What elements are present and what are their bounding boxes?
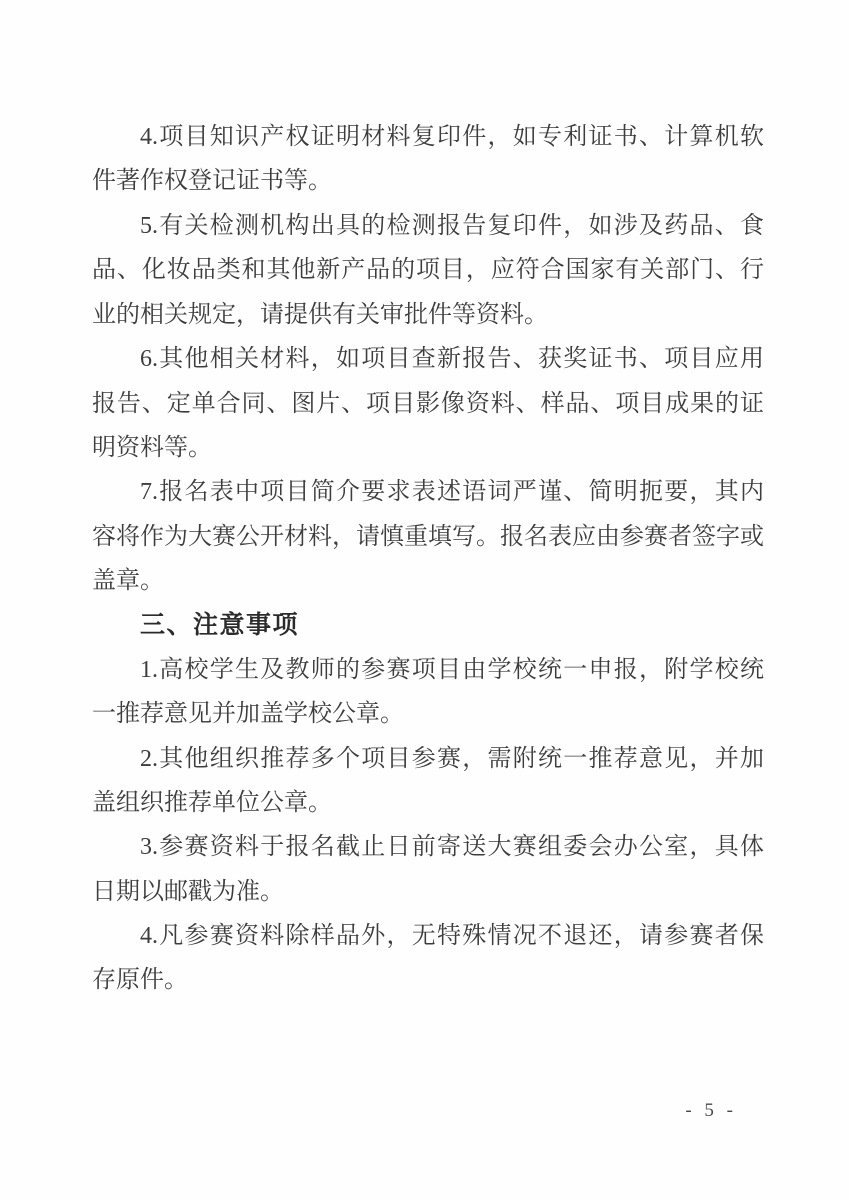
text-line: 品、化妆品类和其他新产品的项目，应符合国家有关部门、行 (92, 248, 764, 292)
text-line: 4.凡参赛资料除样品外，无特殊情况不退还，请参赛者保 (92, 914, 764, 958)
text-line: 5.有关检测机构出具的检测报告复印件，如涉及药品、食 (92, 204, 764, 248)
text-line: 7.报名表中项目简介要求表述语词严谨、简明扼要，其内 (92, 470, 764, 514)
note-3-mailing-deadline: 3.参赛资料于报名截止日前寄送大赛组委会办公室，具体日期以邮戳为准。 (92, 825, 764, 914)
text-line: 6.其他相关材料，如项目查新报告、获奖证书、项目应用 (92, 337, 764, 381)
text-line: 报告、定单合同、图片、项目影像资料、样品、项目成果的证 (92, 381, 764, 425)
text-line: 3.参赛资料于报名截止日前寄送大赛组委会办公室，具体 (92, 825, 764, 869)
item-5-test-reports: 5.有关检测机构出具的检测报告复印件，如涉及药品、食品、化妆品类和其他新产品的项… (92, 204, 764, 337)
note-2-organization-recommendation: 2.其他组织推荐多个项目参赛，需附统一推荐意见，并加盖组织推荐单位公章。 (92, 736, 764, 825)
text-line: 件著作权登记证书等。 (92, 159, 764, 203)
text-line: 日期以邮戳为准。 (92, 870, 764, 914)
text-line: 一推荐意见并加盖学校公章。 (92, 692, 764, 736)
text-line: 业的相关规定，请提供有关审批件等资料。 (92, 293, 764, 337)
document-page: 4.项目知识产权证明材料复印件，如专利证书、计算机软件著作权登记证书等。5.有关… (0, 0, 849, 1200)
note-4-no-return: 4.凡参赛资料除样品外，无特殊情况不退还，请参赛者保存原件。 (92, 914, 764, 1003)
document-body: 4.项目知识产权证明材料复印件，如专利证书、计算机软件著作权登记证书等。5.有关… (92, 115, 764, 1003)
item-7-form-description: 7.报名表中项目简介要求表述语词严谨、简明扼要，其内容将作为大赛公开材料，请慎重… (92, 470, 764, 603)
text-line: 容将作为大赛公开材料，请慎重填写。报名表应由参赛者签字或 (92, 515, 764, 559)
text-line: 2.其他组织推荐多个项目参赛，需附统一推荐意见，并加 (92, 736, 764, 780)
item-4-ip-certificates: 4.项目知识产权证明材料复印件，如专利证书、计算机软件著作权登记证书等。 (92, 115, 764, 204)
text-line: 明资料等。 (92, 426, 764, 470)
text-line: 4.项目知识产权证明材料复印件，如专利证书、计算机软 (92, 115, 764, 159)
page-number: - 5 - (685, 1100, 737, 1122)
section-heading-notes: 三、注意事项 (92, 603, 764, 647)
text-line: 1.高校学生及教师的参赛项目由学校统一申报，附学校统 (92, 648, 764, 692)
text-line: 盖组织推荐单位公章。 (92, 781, 764, 825)
item-6-other-materials: 6.其他相关材料，如项目查新报告、获奖证书、项目应用报告、定单合同、图片、项目影… (92, 337, 764, 470)
note-1-school-application: 1.高校学生及教师的参赛项目由学校统一申报，附学校统一推荐意见并加盖学校公章。 (92, 648, 764, 737)
text-line: 盖章。 (92, 559, 764, 603)
text-line: 存原件。 (92, 958, 764, 1002)
